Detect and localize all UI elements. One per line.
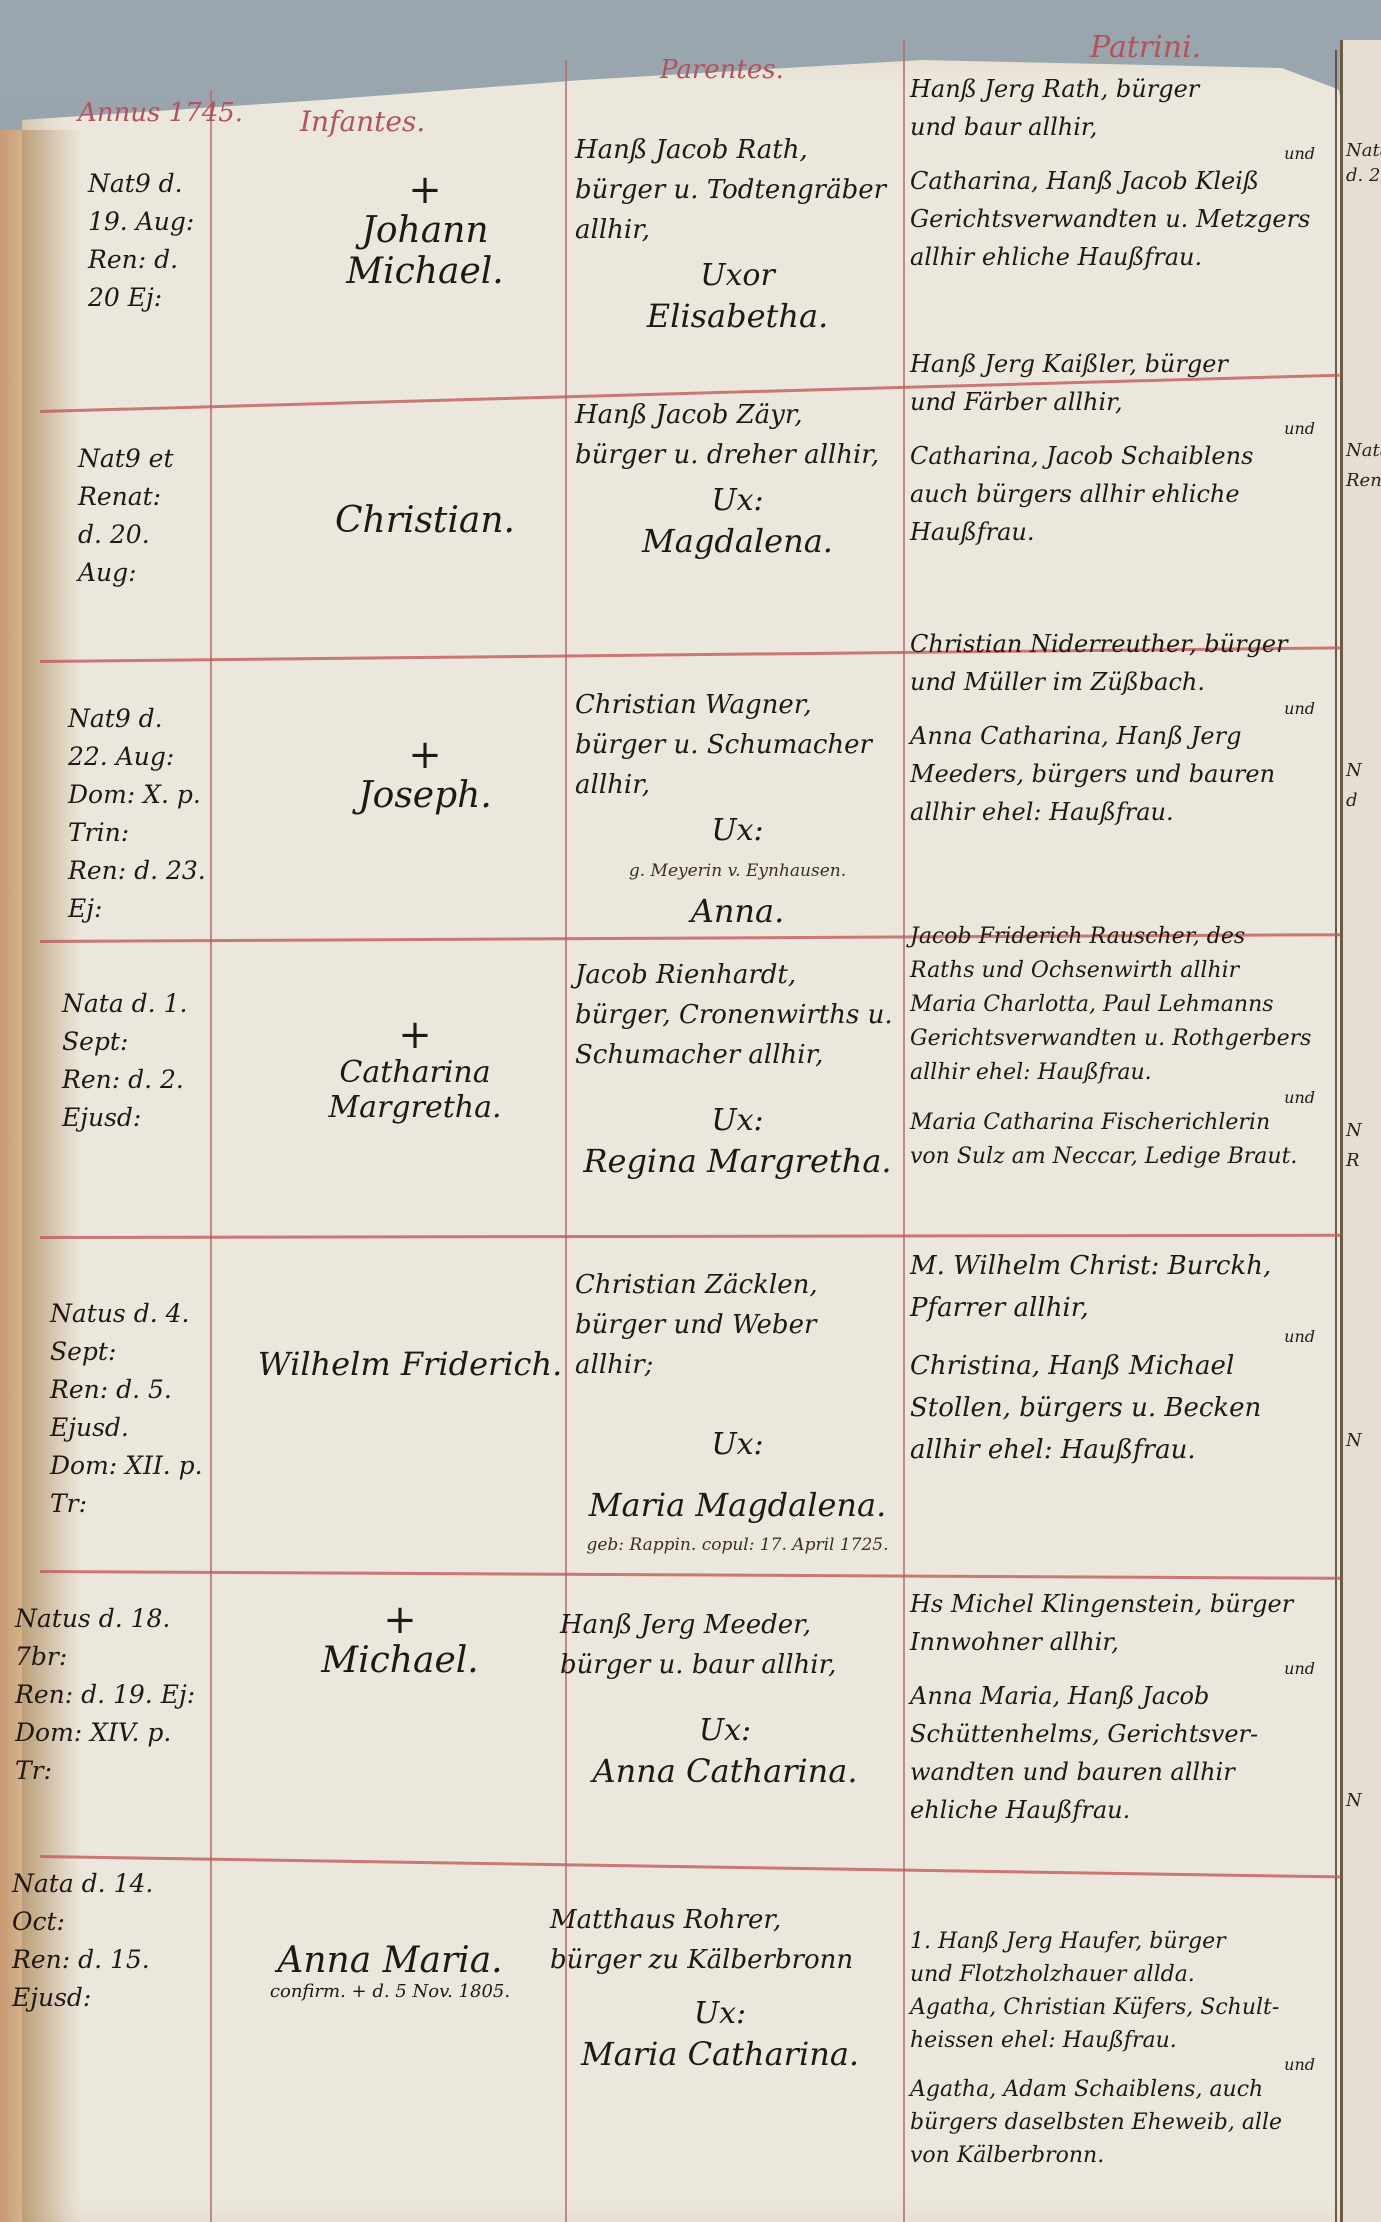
uxor-label: Ux: (550, 1994, 890, 2034)
mother-name: Anna. (575, 891, 900, 931)
godparent-line: von Sulz am Neccar, Ledige Braut. (910, 1140, 1335, 1174)
entry-date: Nata d. 1. Sept: Ren: d. 2. Ejusd: (62, 985, 208, 1137)
infant-name: Michael. (321, 1640, 478, 1681)
father-residence: Schumacher allhir, (575, 1035, 900, 1075)
deceased-cross-icon: + (240, 1600, 560, 1640)
parents-cell: Hanß Jerg Meeder, bürger u. baur allhir,… (560, 1605, 890, 1791)
entry-date: Nat9 d. 22. Aug: Dom: X. p. Trin: Ren: d… (68, 700, 208, 928)
godparent-line: Hanß Jerg Rath, bürger (910, 70, 1335, 108)
godparent-und: und (910, 421, 1335, 437)
godparent-line: allhir ehel: Haußfrau. (910, 1429, 1335, 1471)
godparent-line: Anna Catharina, Hanß Jerg (910, 717, 1335, 755)
godparent-und: und (910, 1090, 1335, 1106)
birth-date: Natus d. 4. Sept: (50, 1295, 210, 1371)
father-name: Jacob Rienhardt, (575, 955, 900, 995)
uxor-label: Ux: (575, 1101, 900, 1141)
godparent-line: Schüttenhelms, Gerichtsver- (910, 1715, 1335, 1753)
deceased-cross-icon: + (280, 735, 570, 775)
parents-cell: Jacob Rienhardt, bürger, Cronenwirths u.… (575, 955, 900, 1181)
godparent-line: Jacob Friderich Rauscher, des (910, 920, 1335, 954)
year-header: Annus 1745. (78, 98, 243, 128)
godparent-line: Pfarrer allhir, (910, 1287, 1335, 1329)
facing-page-fragment: d (1346, 790, 1358, 811)
column-rule-parents (903, 40, 905, 2222)
uxor-label: Ux: (560, 1711, 890, 1751)
godparents-cell: M. Wilhelm Christ: Burckh, Pfarrer allhi… (910, 1245, 1335, 1471)
godparent-line: Gerichtsverwandten u. Rothgerbers (910, 1022, 1335, 1056)
godparent-und: und (910, 701, 1335, 717)
mother-name: Elisabetha. (575, 296, 900, 336)
facing-page-fragment: d. 2 (1346, 165, 1380, 186)
facing-page-fragment: R (1346, 1150, 1360, 1171)
infant-cell: + Catharina Margretha. (260, 1015, 570, 1125)
parents-cell: Christian Zäcklen, bürger und Weber allh… (575, 1265, 900, 1565)
facing-page-fragment: N (1346, 760, 1362, 781)
father-occupation: bürger u. baur allhir, (560, 1645, 890, 1685)
godparents-cell: Christian Niderreuther, bürger und Mülle… (910, 625, 1335, 831)
godparent-line: von Kälberbronn. (910, 2139, 1335, 2172)
godparent-line: wandten und bauren allhir (910, 1753, 1335, 1791)
godparent-line: bürgers daselbsten Eheweib, alle (910, 2106, 1335, 2139)
mother-name: Regina Margretha. (575, 1141, 900, 1181)
godparent-line: Hs Michel Klingenstein, bürger (910, 1585, 1335, 1623)
marriage-note: geb: Rappin. copul: 17. April 1725. (575, 1525, 900, 1565)
godparent-line: allhir ehel: Haußfrau. (910, 1056, 1335, 1090)
godparent-line: und baur allhir, (910, 108, 1335, 146)
godparent-line: Christina, Hanß Michael (910, 1345, 1335, 1387)
godparent-line: ehliche Haußfrau. (910, 1791, 1335, 1829)
godparent-line: und Flotzholzhauer allda. (910, 1958, 1335, 1991)
entry-date: Nat9 et Renat: d. 20. Aug: (78, 440, 208, 592)
father-occupation: bürger u. Todtengräber (575, 170, 900, 210)
godparent-line: Catharina, Hanß Jacob Kleiß (910, 162, 1335, 200)
godparent-line: Raths und Ochsenwirth allhir (910, 954, 1335, 988)
godparent-line: Gerichtsverwandten u. Metzgers (910, 200, 1335, 238)
mother-name: Anna Catharina. (560, 1751, 890, 1791)
godparent-und: und (910, 1661, 1335, 1677)
baptism-date: Ren: d. 5. Ejusd. (50, 1371, 210, 1447)
infant-name: Catharina Margretha. (328, 1055, 501, 1125)
godparent-line: auch bürgers allhir ehliche (910, 475, 1335, 513)
parents-header: Parentes. (660, 55, 784, 85)
uxor-label: Ux: (575, 481, 900, 521)
facing-page-fragment: Ren (1346, 470, 1381, 491)
deceased-cross-icon: + (280, 170, 570, 210)
facing-page-fragment: N (1346, 1120, 1362, 1141)
godparent-line: Agatha, Adam Schaiblens, auch (910, 2073, 1335, 2106)
godparent-line: allhir ehel: Haußfrau. (910, 793, 1335, 831)
godparent-line: allhir ehliche Haußfrau. (910, 238, 1335, 276)
godparent-line: Catharina, Jacob Schaiblens (910, 437, 1335, 475)
birth-date: Nat9 d. 22. Aug: (68, 700, 208, 776)
father-name: Christian Zäcklen, (575, 1265, 900, 1305)
infant-name: Christian. (335, 500, 515, 541)
father-residence: allhir, (575, 765, 900, 805)
infant-cell: Christian. (280, 500, 570, 541)
column-rule-infants (565, 60, 567, 2222)
mother-note: g. Meyerin v. Eynhausen. (575, 851, 900, 891)
mother-name: Maria Magdalena. (575, 1485, 900, 1525)
godparent-und: und (910, 2057, 1335, 2073)
parents-cell: Christian Wagner, bürger u. Schumacher a… (575, 685, 900, 931)
godparents-header: Patrini. (1090, 30, 1201, 65)
godparent-line: Innwohner allhir, (910, 1623, 1335, 1661)
godparent-line: heissen ehel: Haußfrau. (910, 2024, 1335, 2057)
father-name: Hanß Jerg Meeder, (560, 1605, 890, 1645)
father-occupation: bürger u. dreher allhir, (575, 435, 900, 475)
godparent-und: und (910, 146, 1335, 162)
mother-name: Maria Catharina. (550, 2034, 890, 2074)
father-residence: allhir, (575, 210, 900, 250)
godparent-line: M. Wilhelm Christ: Burckh, (910, 1245, 1335, 1287)
godparent-und: und (910, 1329, 1335, 1345)
infant-name: Anna Maria. (277, 1940, 502, 1981)
godparent-line: Maria Charlotta, Paul Lehmanns (910, 988, 1335, 1022)
father-name: Hanß Jacob Zäyr, (575, 395, 900, 435)
birth-date: Nata d. 1. Sept: (62, 985, 208, 1061)
infant-cell: + Michael. (240, 1600, 560, 1681)
birth-date: Nat9 d. 19. Aug: (88, 165, 208, 241)
godparent-line: Meeders, bürgers und bauren (910, 755, 1335, 793)
parents-cell: Hanß Jacob Rath, bürger u. Todtengräber … (575, 130, 900, 336)
uxor-label: Uxor (575, 256, 900, 296)
entry-date: Natus d. 18. 7br: Ren: d. 19. Ej: Dom: X… (15, 1600, 210, 1790)
facing-page-fragment: N (1346, 1790, 1362, 1811)
birth-date: Nata d. 14. Oct: (12, 1865, 212, 1941)
godparent-line: Maria Catharina Fischerichlerin (910, 1106, 1335, 1140)
baptism-date: Ren: d. 2. Ejusd: (62, 1061, 208, 1137)
father-name: Christian Wagner, (575, 685, 900, 725)
godparent-line: 1. Hanß Jerg Haufer, bürger (910, 1925, 1335, 1958)
facing-page-fragment: Nata (1346, 140, 1381, 161)
godparent-line: und Müller im Züßbach. (910, 663, 1335, 701)
godparent-line: Hanß Jerg Kaißler, bürger (910, 345, 1335, 383)
baptism-date: Ren: d. 20 Ej: (88, 241, 208, 317)
uxor-label: Ux: (575, 1425, 900, 1465)
birth-date: Nat9 et Renat: (78, 440, 208, 516)
entry-date: Nat9 d. 19. Aug: Ren: d. 20 Ej: (88, 165, 208, 317)
infant-name: Johann Michael. (346, 210, 503, 292)
baptism-date: Ren: d. 15. Ejusd: (12, 1941, 212, 2017)
godparent-line: Anna Maria, Hanß Jacob (910, 1677, 1335, 1715)
father-occupation: bürger u. Schumacher (575, 725, 900, 765)
godparents-cell: Hs Michel Klingenstein, bürger Innwohner… (910, 1585, 1335, 1829)
godparents-cell: Jacob Friderich Rauscher, des Raths und … (910, 920, 1335, 1174)
father-occupation: bürger und Weber allhir; (575, 1305, 900, 1385)
confirmation-death-note: confirm. + d. 5 Nov. 1805. (230, 1981, 550, 2002)
facing-page-fragment: N (1346, 1430, 1362, 1451)
infant-name: Wilhelm Friderich. (258, 1345, 562, 1383)
godparents-cell: Hanß Jerg Rath, bürger und baur allhir, … (910, 70, 1335, 276)
birth-date: Natus d. 18. 7br: (15, 1600, 210, 1676)
sunday-date: Dom: XII. p. Tr: (50, 1447, 210, 1523)
facing-page-fragment: Nata (1346, 440, 1381, 461)
mother-name: Magdalena. (575, 521, 900, 561)
godparent-line: Agatha, Christian Küfers, Schult- (910, 1991, 1335, 2024)
godparent-line: Stollen, bürgers u. Becken (910, 1387, 1335, 1429)
father-name: Hanß Jacob Rath, (575, 130, 900, 170)
infant-cell: + Johann Michael. (280, 170, 570, 292)
baptism-date: Ren: d. 19. Ej: (15, 1676, 210, 1714)
entry-date: Nata d. 14. Oct: Ren: d. 15. Ejusd: (12, 1865, 212, 2017)
godparents-cell: 1. Hanß Jerg Haufer, bürger und Flotzhol… (910, 1925, 1335, 2172)
sunday-date: Dom: X. p. Trin: (68, 776, 208, 852)
infant-name: Joseph. (358, 775, 492, 816)
parents-cell: Hanß Jacob Zäyr, bürger u. dreher allhir… (575, 395, 900, 561)
sunday-date: Dom: XIV. p. Tr: (15, 1714, 210, 1790)
father-name: Matthaus Rohrer, (550, 1900, 890, 1940)
infant-cell: + Joseph. (280, 735, 570, 816)
uxor-label: Ux: (575, 811, 900, 851)
godparent-line: und Färber allhir, (910, 383, 1335, 421)
godparent-line: Christian Niderreuther, bürger (910, 625, 1335, 663)
godparent-line: Haußfrau. (910, 513, 1335, 551)
father-occupation: bürger zu Kälberbronn (550, 1940, 890, 1980)
baptism-date: d. 20. Aug: (78, 516, 208, 592)
father-occupation: bürger, Cronenwirths u. (575, 995, 900, 1035)
parents-cell: Matthaus Rohrer, bürger zu Kälberbronn U… (550, 1900, 890, 2074)
infant-cell: Wilhelm Friderich. (250, 1345, 570, 1383)
infants-header: Infantes. (300, 105, 425, 138)
entry-date: Natus d. 4. Sept: Ren: d. 5. Ejusd. Dom:… (50, 1295, 210, 1523)
godparents-cell: Hanß Jerg Kaißler, bürger und Färber all… (910, 345, 1335, 551)
infant-cell: Anna Maria. confirm. + d. 5 Nov. 1805. (230, 1940, 550, 2002)
deceased-cross-icon: + (260, 1015, 570, 1055)
baptism-date: Ren: d. 23. Ej: (68, 852, 208, 928)
